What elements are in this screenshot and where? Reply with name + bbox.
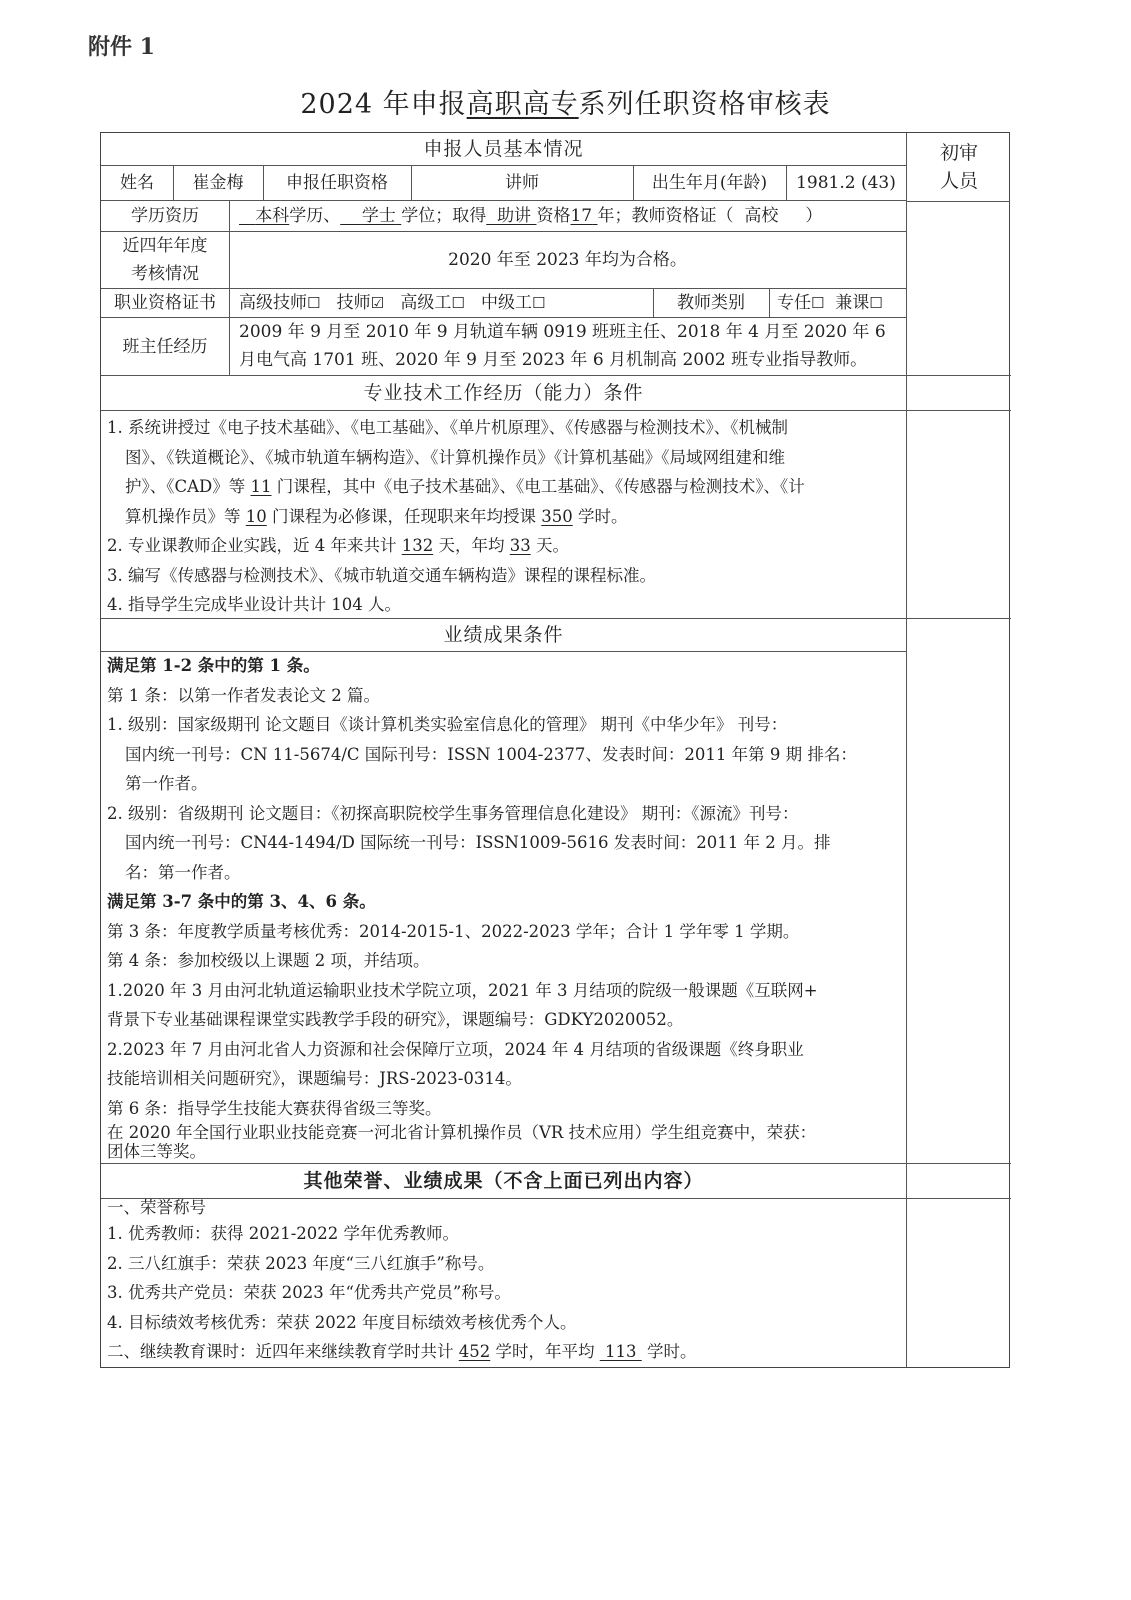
title-suffix: 系列任职资格审核表 [579, 89, 831, 120]
name-label: 姓名 [101, 166, 173, 200]
teacher-type-label: 教师类别 [653, 289, 769, 317]
ach-line-7: 名：第一作者。 [107, 858, 900, 888]
text: ） [805, 206, 822, 226]
contest-line2: 团体三等奖。 [107, 1142, 900, 1161]
practice-avg: 33 [510, 536, 531, 555]
checkbox-unchecked-icon: ☐ [451, 294, 464, 312]
text: 资格 [536, 206, 570, 226]
honor-heading: 一、荣誉称号 [107, 1197, 900, 1219]
education-value: 本科学历、 学士 学位；取得 助讲 资格17 年；教师资格证（ 高校 ） [239, 201, 899, 231]
review-form-table: 初审 人员 申报人员基本情况 姓名 崔金梅 申报任职资格 讲师 出生年月(年龄)… [100, 132, 1010, 1368]
section-professional: 专业技术工作经历（能力）条件 [101, 376, 906, 410]
academic-degree-value: 学士 [340, 206, 401, 226]
reviewer-line1: 初审 [907, 139, 1011, 167]
option-full-time[interactable]: 专任☐ [777, 293, 824, 313]
section-other-honors: 其他荣誉、业绩成果（不含上面已列出内容） [101, 1164, 906, 1198]
text: 学历、 [289, 206, 340, 226]
qualification-label: 申报任职资格 [263, 166, 411, 200]
option-part-time[interactable]: 兼课☐ [835, 293, 882, 313]
qualification-value: 讲师 [411, 166, 633, 200]
ach-line-15: 第 6 条：指导学生技能大赛获得省级三等奖。 [107, 1094, 900, 1124]
divider [101, 410, 1011, 411]
headteacher-value: 2009 年 9 月至 2010 年 9 月轨道车辆 0919 班班主任、201… [239, 318, 904, 375]
option-senior-technician[interactable]: 高级技师☐ [239, 293, 320, 313]
birth-value: 1981.2 (43) [786, 166, 906, 200]
text: 年；教师资格证（ [598, 206, 734, 226]
text: 学位；取得 [401, 206, 486, 226]
item1-line4: 算机操作员》等 10 门课程为必修课，任现职来年均授课 350 学时。 [107, 502, 900, 532]
option-intermediate-worker[interactable]: 中级工☐ [481, 293, 545, 313]
item1-line3: 护》、《CAD》等 11 门课程，其中《电子技术基础》、《电工基础》、《传感器与… [107, 472, 900, 502]
checkbox-unchecked-icon: ☐ [307, 294, 320, 312]
ach-line-8: 满足第 3-7 条中的第 3、4、6 条。 [107, 887, 900, 917]
item4: 4. 指导学生完成毕业设计共计 104 人。 [107, 590, 900, 620]
honor-2: 2. 三八红旗手：荣获 2023 年度“三八红旗手”称号。 [107, 1249, 900, 1279]
edu-avg-hours: 113 [600, 1342, 642, 1361]
title-underlined: 高职高专 [467, 89, 579, 120]
course-count: 11 [251, 477, 272, 496]
continuing-education: 二、继续教育课时：近四年来继续教育学时共计 452 学时，年平均 113 学时。 [107, 1337, 900, 1367]
reviewer-column-divider [906, 133, 907, 1367]
cert-value: 高校 [744, 206, 778, 226]
assessment-label-line1: 近四年年度 [101, 232, 229, 260]
honor-4: 4. 目标绩效考核优秀：荣获 2022 年度目标绩效考核优秀个人。 [107, 1308, 900, 1338]
ach-line-14: 技能培训相关问题研究》，课题编号：JRS-2023-0314。 [107, 1064, 900, 1094]
assessment-label: 近四年年度 考核情况 [101, 232, 229, 288]
ach-line-1: 第 1 条：以第一作者发表论文 2 篇。 [107, 681, 900, 711]
ach-line-0: 满足第 1-2 条中的第 1 条。 [107, 651, 900, 681]
item1-line2: 图》、《铁道概论》、《城市轨道车辆构造》、《计算机操作员》《计算机基础》《局域网… [107, 443, 900, 473]
honor-3: 3. 优秀共产党员：荣获 2023 年“优秀共产党员”称号。 [107, 1278, 900, 1308]
ach-line-13: 2.2023 年 7 月由河北省人力资源和社会保障厅立项，2024 年 4 月结… [107, 1035, 900, 1065]
teaching-hours: 350 [541, 507, 573, 526]
ach-line-5: 2. 级别：省级期刊 论文题目：《初探高职院校学生事务管理信息化建设》 期刊：《… [107, 799, 900, 829]
ach-line-6: 国内统一刊号：CN44-1494/D 国际统一刊号：ISSN1009-5616 … [107, 828, 900, 858]
education-label: 学历资历 [101, 201, 229, 231]
practice-days: 132 [402, 536, 434, 555]
ach-line-10: 第 4 条：参加校级以上课题 2 项，并结项。 [107, 946, 900, 976]
section-achievements: 业绩成果条件 [101, 619, 906, 651]
title-prefix: 2024 年申报 [300, 89, 466, 120]
title-held-value: 助讲 [486, 206, 536, 226]
degree-value: 本科 [239, 206, 289, 226]
headteacher-line1: 2009 年 9 月至 2010 年 9 月轨道车辆 0919 班班主任、201… [239, 318, 904, 346]
professional-content: 1. 系统讲授过《电子技术基础》、《电工基础》、《单片机原理》、《传感器与检测技… [101, 413, 906, 613]
checkbox-checked-icon: ☑ [371, 294, 384, 312]
page-title: 2024 年申报高职高专系列任职资格审核表 [0, 82, 1131, 121]
ach-line-9: 第 3 条：年度教学质量考核优秀：2014-2015-1、2022-2023 学… [107, 917, 900, 947]
checkbox-unchecked-icon: ☐ [869, 294, 882, 312]
checkbox-unchecked-icon: ☐ [532, 294, 545, 312]
years-value: 17 [570, 206, 597, 226]
ach-line-4: 第一作者。 [107, 769, 900, 799]
ach-line-2: 1. 级别：国家级期刊 论文题目《谈计算机类实验室信息化的管理》 期刊《中华少年… [107, 710, 900, 740]
ach-line-12: 背景下专业基础课程课堂实践教学手段的研究》，课题编号：GDKY2020052。 [107, 1005, 900, 1035]
divider [906, 201, 1010, 202]
item1-line1: 1. 系统讲授过《电子技术基础》、《电工基础》、《单片机原理》、《传感器与检测技… [107, 413, 900, 443]
checkbox-unchecked-icon: ☐ [811, 294, 824, 312]
ach-line-11: 1.2020 年 3 月由河北轨道运输职业技术学院立项，2021 年 3 月结项… [107, 976, 900, 1006]
contest-line1: 在 2020 年全国行业职业技能竞赛一河北省计算机操作员（VR 技术应用）学生组… [107, 1123, 900, 1142]
reviewer-column-header: 初审 人员 [907, 133, 1011, 201]
assessment-value: 2020 年至 2023 年均为合格。 [229, 232, 906, 288]
headteacher-line2: 月电气高 1701 班、2020 年 9 月至 2023 年 6 月机制高 20… [239, 346, 904, 374]
edu-total-hours: 452 [459, 1342, 491, 1361]
divider [769, 289, 770, 317]
item3: 3. 编写《传感器与检测技术》、《城市轨道交通车辆构造》课程的课程标准。 [107, 561, 900, 591]
name-value: 崔金梅 [173, 166, 263, 200]
honor-1: 1. 优秀教师：获得 2021-2022 学年优秀教师。 [107, 1219, 900, 1249]
other-honors-content: 一、荣誉称号 1. 优秀教师：获得 2021-2022 学年优秀教师。 2. 三… [101, 1197, 906, 1367]
birth-label: 出生年月(年龄) [633, 166, 786, 200]
reviewer-line2: 人员 [907, 167, 1011, 195]
headteacher-label: 班主任经历 [101, 318, 229, 375]
vocational-label: 职业资格证书 [101, 289, 229, 317]
section-basic-info: 申报人员基本情况 [101, 133, 906, 165]
ach-line-3: 国内统一刊号：CN 11-5674/C 国际刊号：ISSN 1004-2377、… [107, 740, 900, 770]
teacher-type-options: 专任☐ 兼课☐ [777, 289, 906, 317]
option-senior-worker[interactable]: 高级工☐ [400, 293, 464, 313]
option-technician[interactable]: 技师☑ [337, 293, 384, 313]
vocational-options: 高级技师☐ 技师☑ 高级工☐ 中级工☐ [239, 289, 639, 317]
assessment-label-line2: 考核情况 [101, 260, 229, 288]
achievements-content: 满足第 1-2 条中的第 1 条。 第 1 条：以第一作者发表论文 2 篇。 1… [101, 651, 906, 1161]
item2: 2. 专业课教师企业实践，近 4 年来共计 132 天，年均 33 天。 [107, 531, 900, 561]
required-count: 10 [246, 507, 267, 526]
attachment-label: 附件 1 [88, 30, 155, 61]
